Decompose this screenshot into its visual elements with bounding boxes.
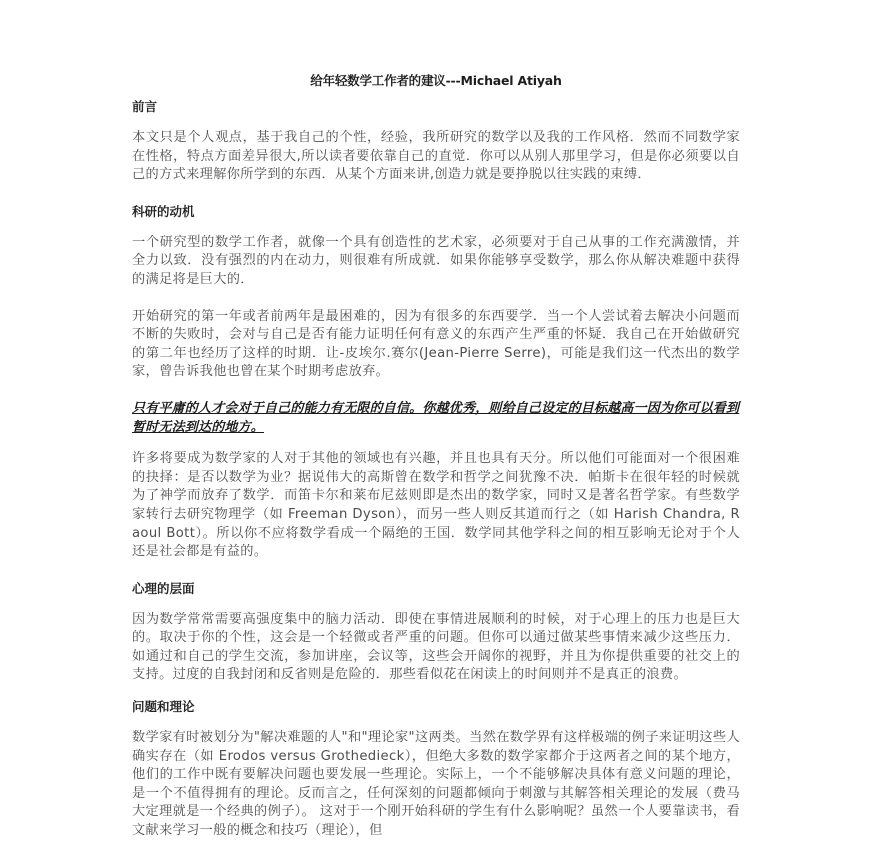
paragraph-problems-theory: 数学家有时被划分为"解决难题的人"和"理论家"这两类。当然在数学界有这样极端的例…: [132, 729, 740, 841]
section-heading-psychology: 心理的层面: [132, 580, 740, 598]
paragraph-psychology: 因为数学常常需要高强度集中的脑力活动．即使在事情进展顺利的时候，对于心理上的压力…: [132, 611, 740, 685]
spacer: [132, 185, 740, 203]
spacer: [132, 116, 740, 129]
paragraph-preface: 本文只是个人观点，基于我自己的个性，经验，我所研究的数学以及我的工作风格．然而不…: [132, 129, 740, 185]
spacer: [132, 562, 740, 580]
paragraph-motivation-2: 开始研究的第一年或者前两年是最困难的，因为有很多的东西要学．当一个人尝试着去解决…: [132, 308, 740, 382]
paragraph-motivation-1: 一个研究型的数学工作者，就像一个具有创造性的艺术家，必须要对于自己从事的工作充满…: [132, 234, 740, 290]
spacer: [132, 221, 740, 234]
section-heading-problems-theory: 问题和理论: [132, 698, 740, 716]
document-title: 给年轻数学工作者的建议---Michael Atiyah: [132, 72, 740, 90]
spacer: [132, 382, 740, 400]
document-page: 给年轻数学工作者的建议---Michael Atiyah 前言 本文只是个人观点…: [132, 72, 740, 841]
spacer: [132, 685, 740, 698]
spacer: [132, 437, 740, 450]
paragraph-motivation-3: 许多将要成为数学家的人对于其他的领域也有兴趣，并且也具有天分。所以他们可能面对一…: [132, 450, 740, 562]
section-heading-preface: 前言: [132, 98, 740, 116]
spacer: [132, 290, 740, 308]
highlighted-quote: 只有平庸的人才会对于自己的能力有无限的自信。你越优秀，则给自己设定的目标越高一因…: [132, 400, 740, 437]
spacer: [132, 598, 740, 611]
section-heading-motivation: 科研的动机: [132, 203, 740, 221]
spacer: [132, 716, 740, 729]
